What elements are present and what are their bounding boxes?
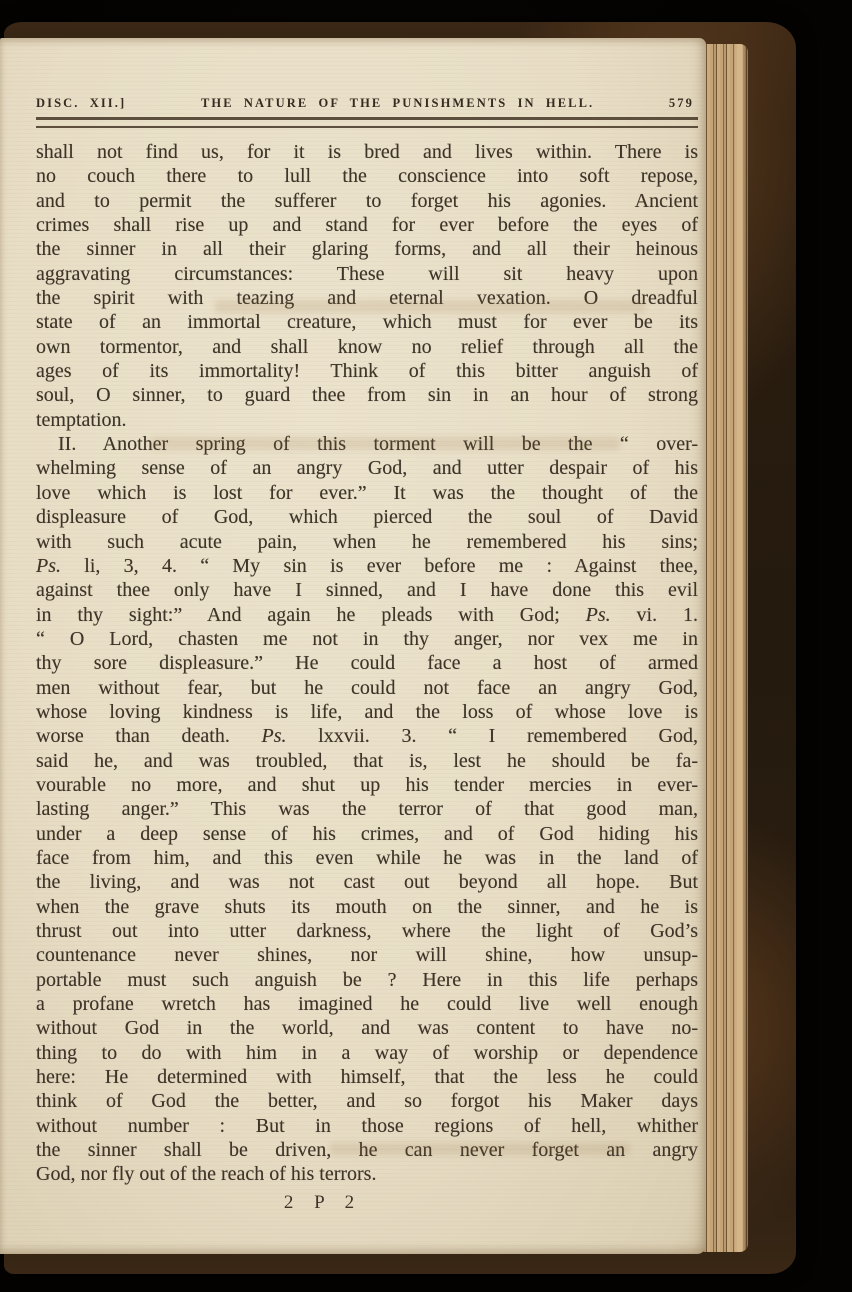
page-title: THE NATURE OF THE PUNISHMENTS IN HELL. [201,96,594,111]
text-line: crimes shall rise up and stand for ever … [36,213,698,237]
text-line: under a deep sense of his crimes, and of… [36,822,698,846]
book-photograph: DISC. XII.] THE NATURE OF THE PUNISHMENT… [0,0,852,1292]
text-line: worse than death. Ps. lxxvii. 3. “ I rem… [36,724,698,748]
text-line: shall not find us, for it is bred and li… [36,140,698,164]
book-fore-edge-pages [700,44,748,1252]
text-line: when the grave shuts its mouth on the si… [36,895,698,919]
text-line: thy sore displeasure.” He could face a h… [36,651,698,675]
text-line: aggravating circumstances: These will si… [36,262,698,286]
text-line: in thy sight:” And again he pleads with … [36,603,698,627]
text-line: a profane wretch has imagined he could l… [36,992,698,1016]
text-line: portable must such anguish be ? Here in … [36,968,698,992]
text-line: think of God the better, and so forgot h… [36,1089,698,1113]
text-line: vourable no more, and shut up his tender… [36,773,698,797]
running-header: DISC. XII.] THE NATURE OF THE PUNISHMENT… [36,96,698,111]
text-line: the sinner in all their glaring forms, a… [36,237,698,261]
discourse-label: DISC. XII.] [36,96,126,111]
text-line: the living, and was not cast out beyond … [36,870,698,894]
text-line: with such acute pain, when he remembered… [36,530,698,554]
text-line: ages of its immortality! Think of this b… [36,359,698,383]
text-line: own tormentor, and shall know no relief … [36,335,698,359]
text-line: God, nor fly out of the reach of his ter… [36,1162,698,1186]
text-line: countenance never shines, nor will shine… [36,943,698,967]
text-line: love which is lost for ever.” It was the… [36,481,698,505]
text-line: no couch there to lull the conscience in… [36,164,698,188]
text-line: thing to do with him in a way of worship… [36,1041,698,1065]
text-line: without number : But in those regions of… [36,1114,698,1138]
text-line: temptation. [36,408,698,432]
text-line: soul, O sinner, to guard thee from sin i… [36,383,698,407]
ink-bleedthrough [330,1143,630,1155]
text-line: men without fear, but he could not face … [36,676,698,700]
text-line: lasting anger.” This was the terror of t… [36,797,698,821]
text-line: “ O Lord, chasten me not in thy anger, n… [36,627,698,651]
text-line: Ps. li, 3, 4. “ My sin is ever before me… [36,554,698,578]
ink-bleedthrough [150,437,620,450]
text-line: here: He determined with himself, that t… [36,1065,698,1089]
text-line: state of an immortal creature, which mus… [36,310,698,334]
text-line: displeasure of God, which pierced the so… [36,505,698,529]
ink-bleedthrough [215,300,645,313]
text-line: against thee only have I sinned, and I h… [36,578,698,602]
page-number: 579 [669,96,694,111]
text-line: whose loving kindness is life, and the l… [36,700,698,724]
header-double-rule [36,117,698,128]
text-line: and to permit the sufferer to forget his… [36,189,698,213]
text-line: said he, and was troubled, that is, lest… [36,749,698,773]
text-line: thrust out into utter darkness, where th… [36,919,698,943]
printers-signature: 2 P 2 [0,1192,654,1214]
text-line: without God in the world, and was conten… [36,1016,698,1040]
book-page: DISC. XII.] THE NATURE OF THE PUNISHMENT… [0,38,706,1254]
page-body-text: shall not find us, for it is bred and li… [36,140,698,1187]
text-line: face from him, and this even while he wa… [36,846,698,870]
text-line: whelming sense of an angry God, and utte… [36,456,698,480]
